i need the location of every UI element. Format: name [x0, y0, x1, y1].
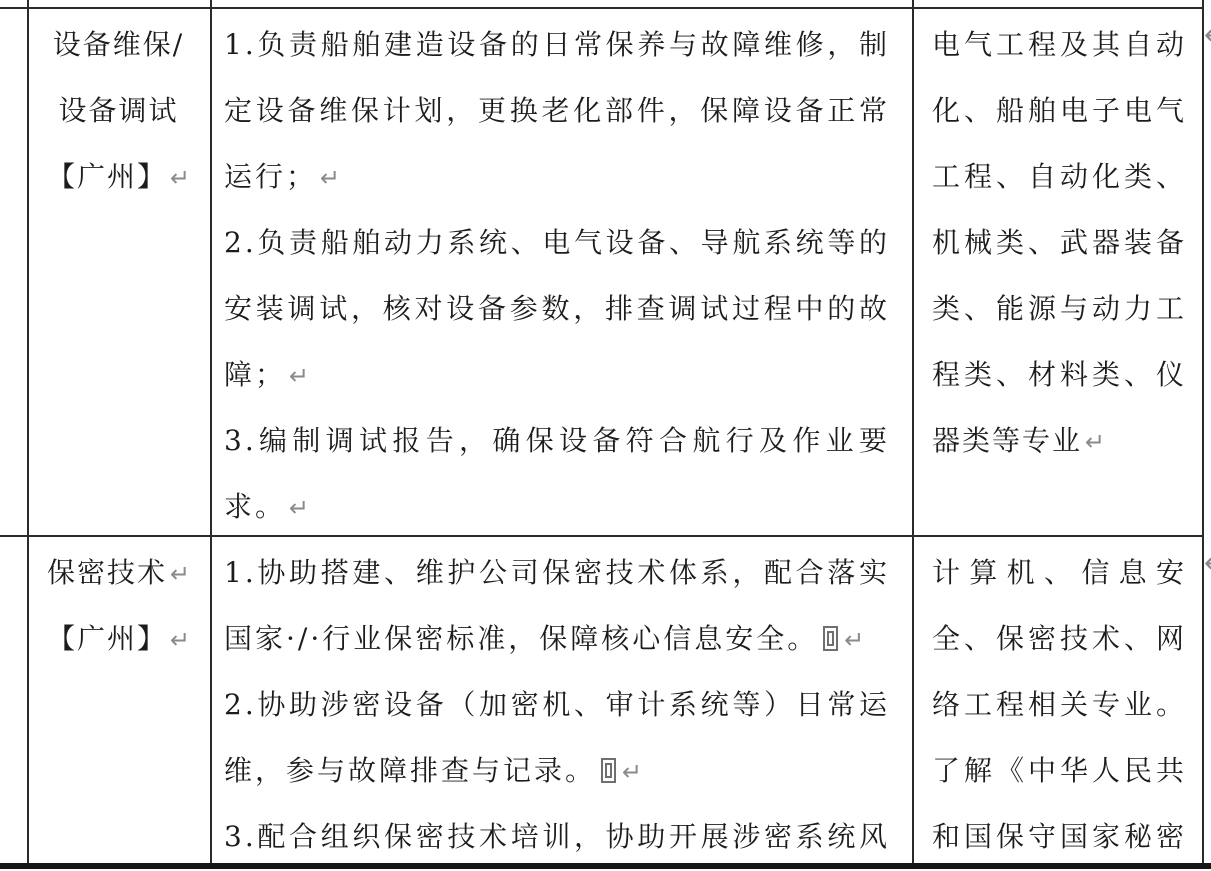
text-line: 电气工程及其自动: [932, 12, 1186, 78]
paragraph-mark-icon: ↵: [289, 362, 309, 390]
text-line: 工程、自动化类、: [932, 144, 1186, 210]
cell-job-row-equipment-position[interactable]: 设备维保/设备调试【广州】↵: [29, 9, 208, 533]
text-line: 计算机、信息安: [932, 540, 1186, 606]
cell-text: 络工程相关专业。: [932, 688, 1186, 721]
cell-text: 障；: [224, 358, 286, 391]
cell-text: 设备调试: [58, 94, 178, 127]
text-line: 2.负责船舶动力系统、电气设备、导航系统等的: [224, 210, 890, 276]
text-line: 和国保守国家秘密: [932, 804, 1186, 862]
text-line: 【广州】↵: [29, 144, 208, 210]
paragraph-mark-icon: ↵: [844, 626, 864, 654]
hidden-character-box-icon: [601, 758, 616, 783]
text-line: 1.协助搭建、维护公司保密技术体系，配合落实: [224, 540, 890, 606]
cell-text: 【广州】: [47, 160, 167, 193]
bottom-clip-edge: [0, 863, 1211, 869]
cell-job-row-security-position[interactable]: 保密技术↵【广州】↵: [29, 537, 208, 862]
table-border-vertical-3: [1202, 0, 1204, 864]
cell-text: 和国保守国家秘密: [932, 820, 1186, 853]
cell-text: 运行；: [224, 160, 317, 193]
text-line: 障；↵: [224, 342, 890, 408]
cell-text: 了解《中华人民共: [932, 754, 1186, 787]
text-line: 了解《中华人民共: [932, 738, 1186, 804]
paragraph-mark-icon: ↵: [1085, 428, 1105, 456]
hidden-character-box-icon: [823, 626, 838, 651]
text-line: 【广州】↵: [29, 606, 208, 672]
cell-job-row-security-duties[interactable]: 1.协助搭建、维护公司保密技术体系，配合落实国家·/·行业保密标准，保障核心信息…: [212, 537, 910, 862]
text-line: 类、能源与动力工: [932, 276, 1186, 342]
cell-text: 求。: [224, 490, 286, 523]
text-line: 求。↵: [224, 474, 890, 533]
cell-text: 计算机、信息安: [932, 556, 1186, 589]
cell-text: 维，参与故障排查与记录。: [224, 754, 596, 787]
paragraph-mark-icon: ↵: [289, 494, 309, 522]
text-line: 保密技术↵: [29, 540, 208, 606]
cell-text: 类、能源与动力工: [932, 292, 1186, 325]
cell-text: 【广州】: [47, 622, 167, 655]
paragraph-mark-icon: ↵: [170, 560, 190, 588]
cell-text: 全、保密技术、网: [932, 622, 1186, 655]
cell-job-row-equipment-duties[interactable]: 1.负责船舶建造设备的日常保养与故障维修，制定设备维保计划，更换老化部件，保障设…: [212, 9, 910, 533]
text-line: 全、保密技术、网: [932, 606, 1186, 672]
cell-text: 1.协助搭建、维护公司保密技术体系，配合落实: [224, 556, 890, 589]
cell-text: 电气工程及其自动: [932, 28, 1186, 61]
text-line: 安装调试，核对设备参数，排查调试过程中的故: [224, 276, 890, 342]
cell-text: 设备维保/: [53, 28, 184, 61]
text-line: 程类、材料类、仪: [932, 342, 1186, 408]
row-end-mark-icon: ←: [1204, 549, 1211, 579]
cell-text: 国家·/·行业保密标准，保障核心信息安全。: [224, 622, 818, 655]
cell-job-row-equipment-majors[interactable]: 电气工程及其自动化、船舶电子电气工程、自动化类、机械类、武器装备类、能源与动力工…: [914, 9, 1200, 533]
text-line: 设备调试: [29, 78, 208, 144]
row-end-mark-icon: ←: [1204, 21, 1211, 51]
cell-text: 2.负责船舶动力系统、电气设备、导航系统等的: [224, 226, 890, 259]
cell-text: 程类、材料类、仪: [932, 358, 1186, 391]
paragraph-mark-icon: ↵: [170, 164, 190, 192]
cell-text: 安装调试，核对设备参数，排查调试过程中的故: [224, 292, 890, 325]
text-line: 定设备维保计划，更换老化部件，保障设备正常: [224, 78, 890, 144]
text-line: 维，参与故障排查与记录。↵: [224, 738, 890, 804]
text-line: 机械类、武器装备: [932, 210, 1186, 276]
cell-text: 机械类、武器装备: [932, 226, 1186, 259]
text-line: 2.协助涉密设备（加密机、审计系统等）日常运: [224, 672, 890, 738]
text-line: 设备维保/: [29, 12, 208, 78]
text-line: 络工程相关专业。: [932, 672, 1186, 738]
document-table: 设备维保/设备调试【广州】↵1.负责船舶建造设备的日常保养与故障维修，制定设备维…: [0, 0, 1211, 871]
cell-text: 化、船舶电子电气: [932, 94, 1186, 127]
cell-text: 器类等专业: [932, 424, 1082, 457]
text-line: 化、船舶电子电气: [932, 78, 1186, 144]
cell-text: 工程、自动化类、: [932, 160, 1186, 193]
cell-text: 2.协助涉密设备（加密机、审计系统等）日常运: [224, 688, 890, 721]
cell-text: 3.配合组织保密技术培训，协助开展涉密系统风: [224, 820, 890, 853]
cell-text: 保密技术: [47, 556, 167, 589]
text-line: 器类等专业↵: [932, 408, 1186, 474]
text-line: 3.配合组织保密技术培训，协助开展涉密系统风: [224, 804, 890, 862]
text-line: 3.编制调试报告，确保设备符合航行及作业要: [224, 408, 890, 474]
text-line: 1.负责船舶建造设备的日常保养与故障维修，制: [224, 12, 890, 78]
paragraph-mark-icon: ↵: [170, 626, 190, 654]
text-line: 运行；↵: [224, 144, 890, 210]
cell-text: 定设备维保计划，更换老化部件，保障设备正常: [224, 94, 890, 127]
paragraph-mark-icon: ↵: [622, 758, 642, 786]
cell-job-row-security-majors[interactable]: 计算机、信息安全、保密技术、网络工程相关专业。了解《中华人民共和国保守国家秘密: [914, 537, 1200, 862]
text-line: 国家·/·行业保密标准，保障核心信息安全。↵: [224, 606, 890, 672]
cell-text: 1.负责船舶建造设备的日常保养与故障维修，制: [224, 28, 890, 61]
paragraph-mark-icon: ↵: [320, 164, 340, 192]
cell-text: 3.编制调试报告，确保设备符合航行及作业要: [224, 424, 890, 457]
